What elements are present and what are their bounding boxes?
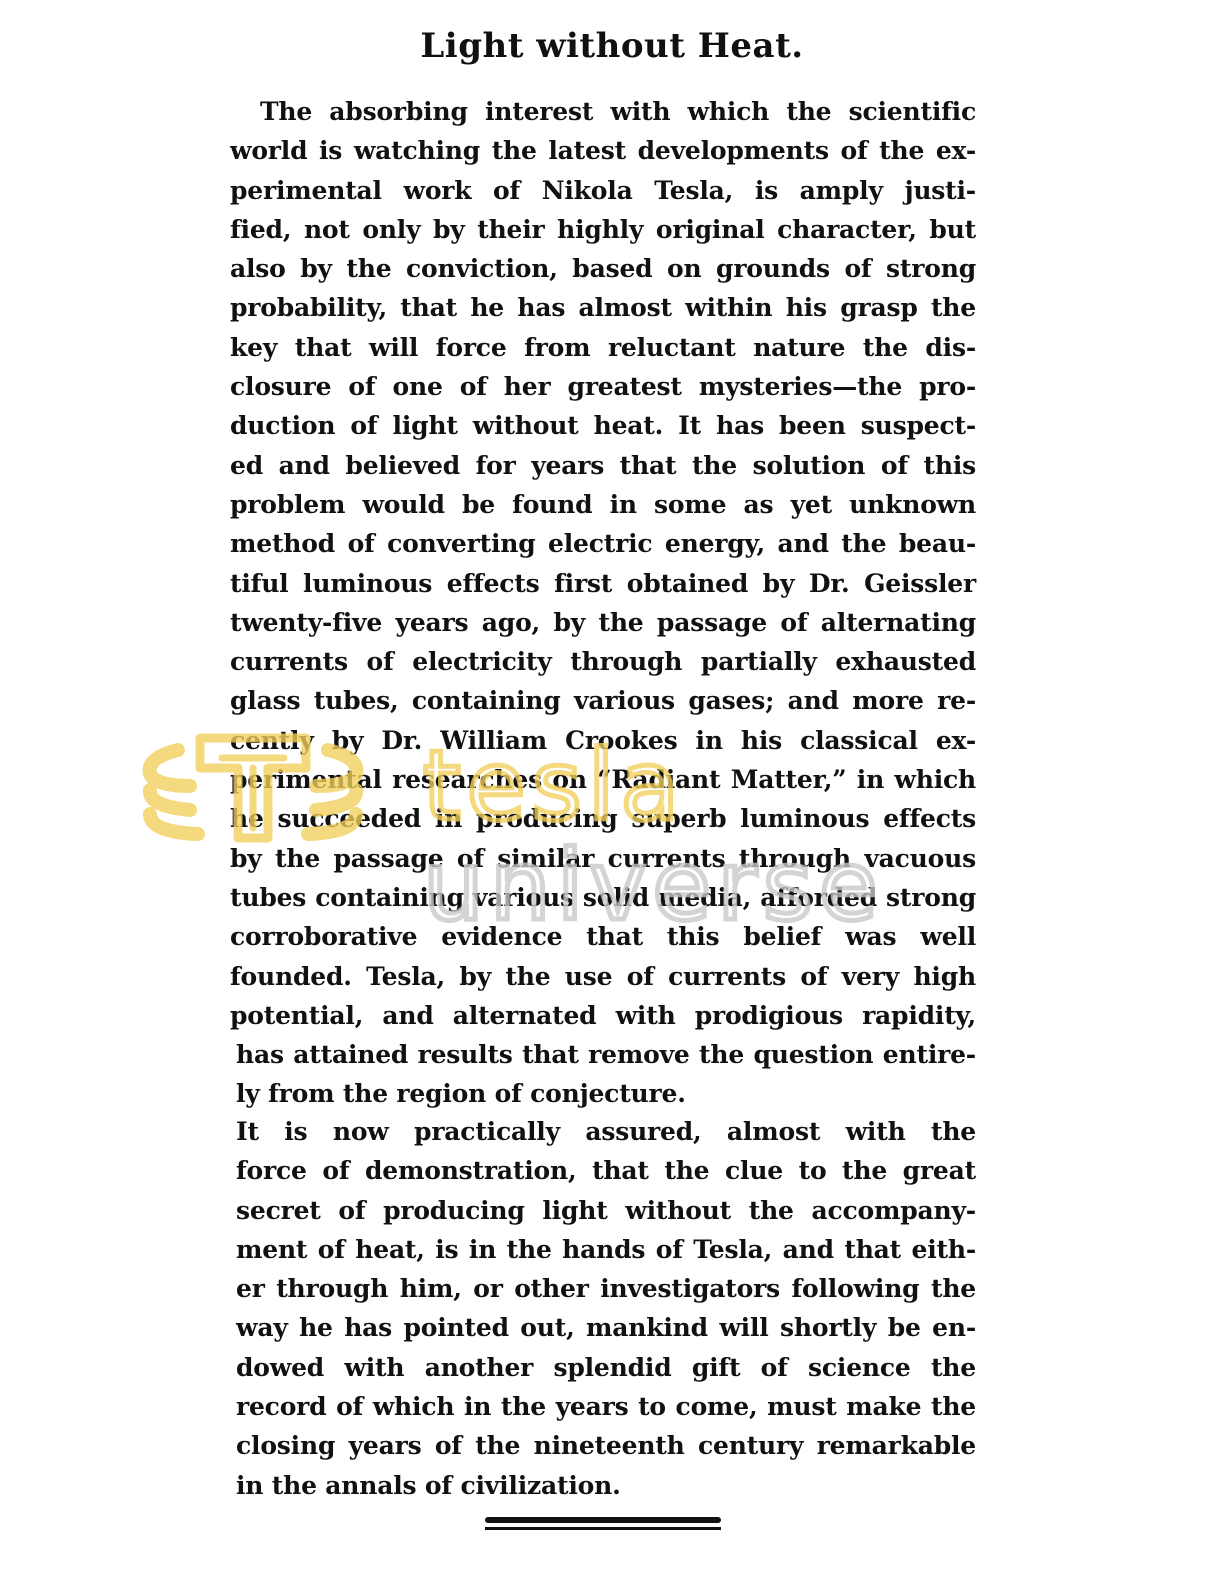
text-line: dowed with another splendid gift of scie… [230,1348,976,1387]
text-line: he succeeded in producing superb luminou… [230,799,976,838]
text-line: perimental researches on “Radiant Matter… [230,760,976,799]
text-line: force of demonstration, that the clue to… [230,1151,976,1190]
text-line: tiful luminous effects first obtained by… [230,564,976,603]
text-line: key that will force from reluctant natur… [230,328,976,367]
text-line: ly from the region of conjecture. [230,1074,976,1113]
text-line: It is now practically assured, almost wi… [230,1112,976,1151]
paragraph-1: The absorbing interest with which the sc… [230,92,976,1114]
end-rule-thin [485,1527,721,1530]
text-line: closure of one of her greatest mysteries… [230,367,976,406]
text-line: perimental work of Nikola Tesla, is ampl… [230,171,976,210]
text-line: in the annals of civilization. [230,1466,976,1505]
paragraph-2: It is now practically assured, almost wi… [230,1112,976,1505]
text-line: record of which in the years to come, mu… [230,1387,976,1426]
text-line: has attained results that remove the que… [230,1035,976,1074]
text-line: probability, that he has almost within h… [230,288,976,327]
text-line: tubes containing various solid media, af… [230,878,976,917]
text-line: er through him, or other investigators f… [230,1269,976,1308]
newspaper-clipping: Light without Heat. The absorbing intere… [0,0,1224,1584]
text-line: ed and believed for years that the solut… [230,446,976,485]
text-line: also by the conviction, based on grounds… [230,249,976,288]
text-line: twenty-five years ago, by the passage of… [230,603,976,642]
article-title: Light without Heat. [0,26,1224,66]
text-line: secret of producing light without the ac… [230,1191,976,1230]
text-line: method of converting electric energy, an… [230,524,976,563]
text-line: closing years of the nineteenth century … [230,1426,976,1465]
text-line: potential, and alternated with prodigiou… [230,996,976,1035]
text-line: problem would be found in some as yet un… [230,485,976,524]
text-line: world is watching the latest development… [230,131,976,170]
text-line: corroborative evidence that this belief … [230,917,976,956]
end-rule-thick [485,1517,721,1523]
text-line: fied, not only by their highly original … [230,210,976,249]
text-line: ment of heat, is in the hands of Tesla, … [230,1230,976,1269]
text-line: duction of light without heat. It has be… [230,406,976,445]
text-line: way he has pointed out, mankind will sho… [230,1308,976,1347]
text-line: by the passage of similar currents throu… [230,839,976,878]
text-line: founded. Tesla, by the use of currents o… [230,957,976,996]
text-line: The absorbing interest with which the sc… [230,92,976,131]
text-line: currents of electricity through partiall… [230,642,976,681]
text-line: cently by Dr. William Crookes in his cla… [230,721,976,760]
text-line: glass tubes, containing various gases; a… [230,681,976,720]
